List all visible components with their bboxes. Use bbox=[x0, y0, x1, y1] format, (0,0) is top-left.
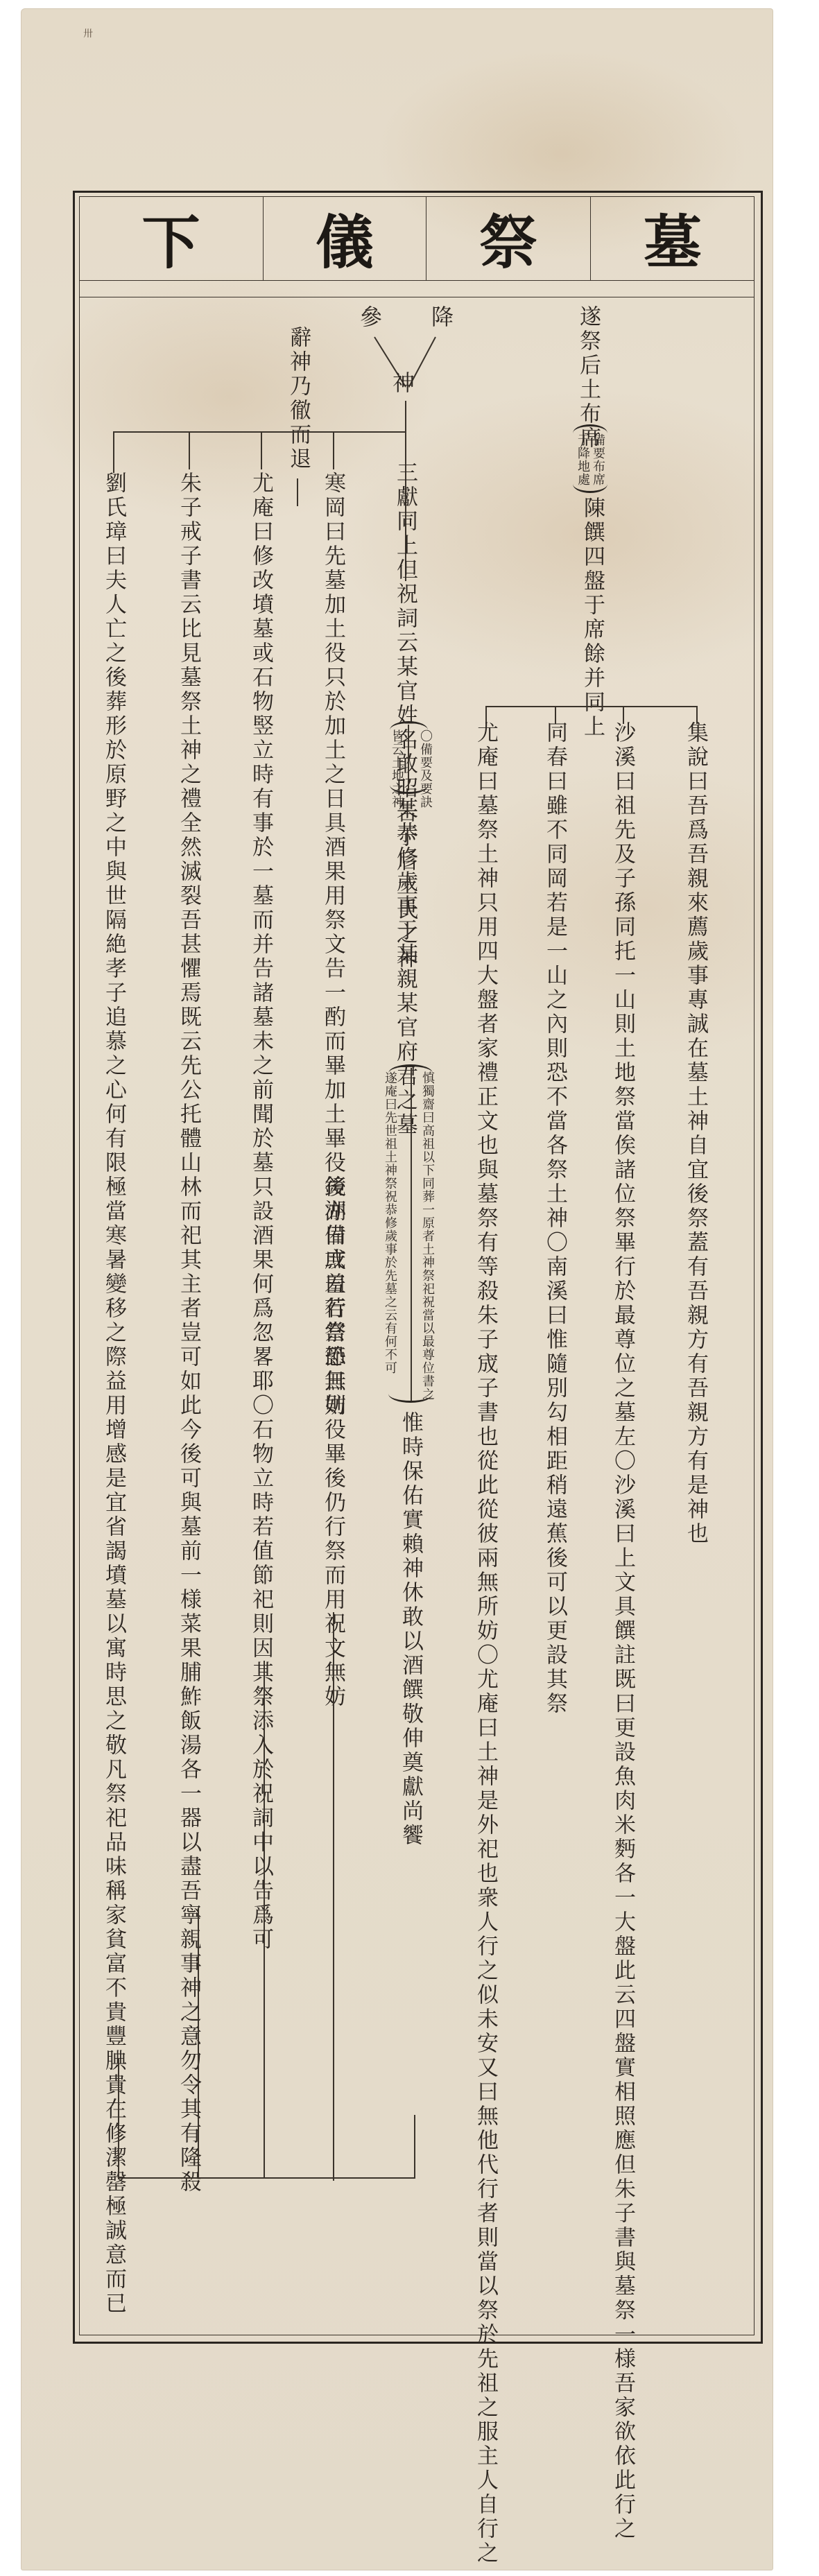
corner-mark: 卅 bbox=[83, 26, 93, 40]
connector bbox=[485, 706, 697, 707]
center-note-left: 皆云土地之神 bbox=[390, 729, 404, 809]
connector bbox=[113, 431, 114, 473]
title-char-3: 儀 bbox=[263, 196, 426, 280]
houtu-note-right: 備要布席 bbox=[591, 433, 605, 486]
connector bbox=[297, 478, 298, 506]
title-char-1: 墓 bbox=[590, 196, 755, 280]
node-shen: 神 bbox=[390, 371, 415, 397]
node-can: 參 bbox=[357, 305, 382, 331]
center-note2-right: 慎獨齋曰高祖以下同葬一原者土神祭祀祝當以最尊位書之 bbox=[420, 1071, 434, 1401]
sub-band bbox=[79, 281, 755, 297]
node-jiang: 降 bbox=[429, 305, 454, 331]
center-final: 惟時保佑實賴神休敢以酒饌敬伸奠獻尚饗 bbox=[398, 1411, 423, 1848]
connector bbox=[264, 1661, 265, 2177]
houtu-continuation: 陳饌四盤于席餘并同上 bbox=[580, 496, 605, 739]
branch-youan-right: 尤庵曰墓祭土神只用四大盤者家禮正文也與墓祭有等殺朱子宬子書也從此從彼兩無所妨〇尤… bbox=[473, 721, 498, 2566]
branch-jishuo: 集說曰吾爲吾親來薦歲事專誠在墓土神自宜後祭蓋有吾親方有吾親方有是神也 bbox=[683, 721, 708, 1546]
branch-shaxi: 沙溪曰祖先及子孫同托一山則土地祭當俟諸位祭畢行於最尊位之墓左〇沙溪曰上文具饌註既… bbox=[610, 721, 635, 2541]
connector bbox=[261, 431, 262, 469]
connector bbox=[113, 431, 406, 433]
connector bbox=[333, 431, 334, 469]
branch-liushi: 劉氏璋曰夫人亡之後葬形於原野之中與世隔絶孝子追慕之心何有限極當寒暑變移之際益用增… bbox=[101, 472, 126, 2316]
node-cishen: 辭神乃徹而退 bbox=[286, 326, 311, 472]
center-note2-left: 遂庵曰先世祖土神祭祝恭修歲事於先墓之云有何不可 bbox=[383, 1071, 397, 1374]
connector bbox=[118, 2058, 119, 2179]
connector bbox=[408, 725, 409, 790]
center-note-right: 〇備要及要訣 bbox=[418, 729, 432, 809]
connector bbox=[414, 2115, 415, 2179]
connector bbox=[333, 1612, 334, 2181]
connector bbox=[118, 2177, 415, 2179]
connector bbox=[411, 1068, 412, 1401]
connector bbox=[189, 431, 190, 469]
title-char-4: 下 bbox=[79, 196, 263, 280]
connector bbox=[405, 431, 406, 459]
branch-youan-left: 尤庵曰修改墳墓或石物竪立時有事於一墓而并告諸墓未之前聞於墓只設酒果何爲忽畧耶〇石… bbox=[248, 472, 273, 1952]
title-char-2: 祭 bbox=[426, 196, 590, 280]
title-band: 墓 祭 儀 下 bbox=[79, 196, 755, 281]
houtu-note-left: 于降地處 bbox=[576, 433, 589, 486]
branch-tongchun: 同春曰雖不同岡若是一山之內則恐不當各祭土神〇南溪曰惟隨別勾相距稍遠蕉後可以更設其… bbox=[542, 721, 567, 1716]
connector bbox=[198, 1908, 199, 2179]
